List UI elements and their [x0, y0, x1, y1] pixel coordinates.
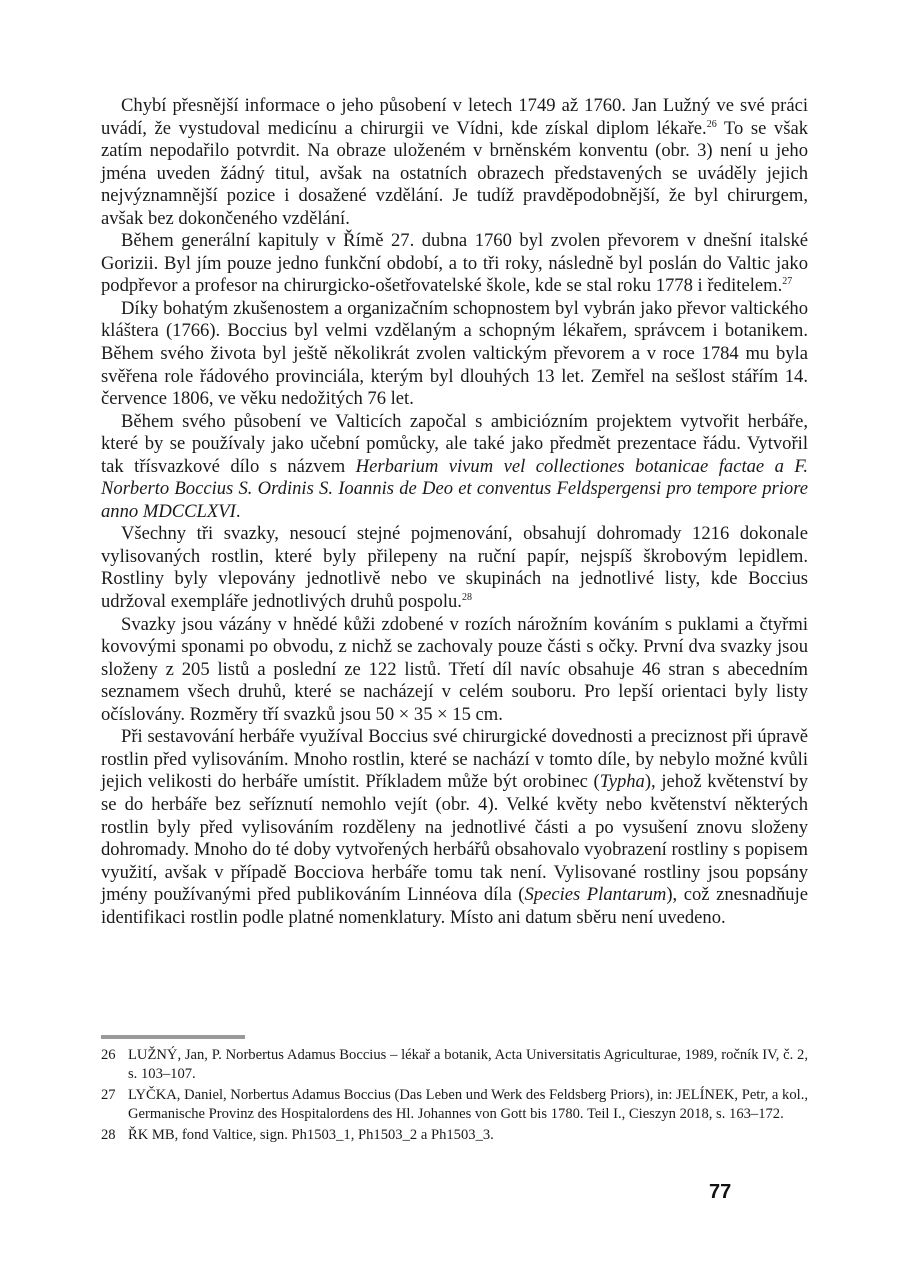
paragraph-1: Chybí přesnější informace o jeho působen… — [101, 95, 808, 230]
paragraph-text: Svazky jsou vázány v hnědé kůži zdobené … — [101, 614, 808, 725]
italic-genus: Typha — [600, 771, 645, 792]
footnote-reference[interactable]: 28 — [462, 592, 472, 603]
main-body-text: Chybí přesnější informace o jeho působen… — [101, 95, 808, 929]
paragraph-text: . — [236, 501, 241, 522]
footnote-number: 28 — [101, 1126, 128, 1145]
paragraph-text: Chybí přesnější informace o jeho působen… — [101, 95, 808, 139]
footnote-text: LUŽNÝ, Jan, P. Norbertus Adamus Boccius … — [128, 1046, 808, 1083]
page-number: 77 — [709, 1181, 731, 1204]
footnote-26: 26 LUŽNÝ, Jan, P. Norbertus Adamus Bocci… — [101, 1046, 808, 1083]
paragraph-text: Všechny tři svazky, nesoucí stejné pojme… — [101, 523, 808, 612]
paragraph-text: Díky bohatým zkušenostem a organizačním … — [101, 298, 808, 409]
footnote-reference[interactable]: 27 — [782, 276, 792, 287]
paragraph-text: Během generální kapituly v Římě 27. dubn… — [101, 230, 808, 296]
footnote-number: 27 — [101, 1086, 128, 1123]
paragraph-4: Během svého působení ve Valticích započa… — [101, 411, 808, 524]
footnote-28: 28 ŘK MB, fond Valtice, sign. Ph1503_1, … — [101, 1126, 808, 1145]
footnote-number: 26 — [101, 1046, 128, 1083]
footnote-text: ŘK MB, fond Valtice, sign. Ph1503_1, Ph1… — [128, 1126, 808, 1145]
paragraph-7: Při sestavování herbáře využíval Boccius… — [101, 726, 808, 929]
footnotes: 26 LUŽNÝ, Jan, P. Norbertus Adamus Bocci… — [101, 1046, 808, 1148]
paragraph-3: Díky bohatým zkušenostem a organizačním … — [101, 298, 808, 411]
paragraph-2: Během generální kapituly v Římě 27. dubn… — [101, 230, 808, 298]
footnote-27: 27 LYČKA, Daniel, Norbertus Adamus Bocci… — [101, 1086, 808, 1123]
paragraph-5: Všechny tři svazky, nesoucí stejné pojme… — [101, 523, 808, 613]
italic-work-title: Species Plantarum — [524, 884, 666, 905]
footnote-divider — [101, 1035, 245, 1039]
footnote-reference[interactable]: 26 — [707, 119, 717, 130]
footnote-text: LYČKA, Daniel, Norbertus Adamus Boccius … — [128, 1086, 808, 1123]
paragraph-6: Svazky jsou vázány v hnědé kůži zdobené … — [101, 614, 808, 727]
